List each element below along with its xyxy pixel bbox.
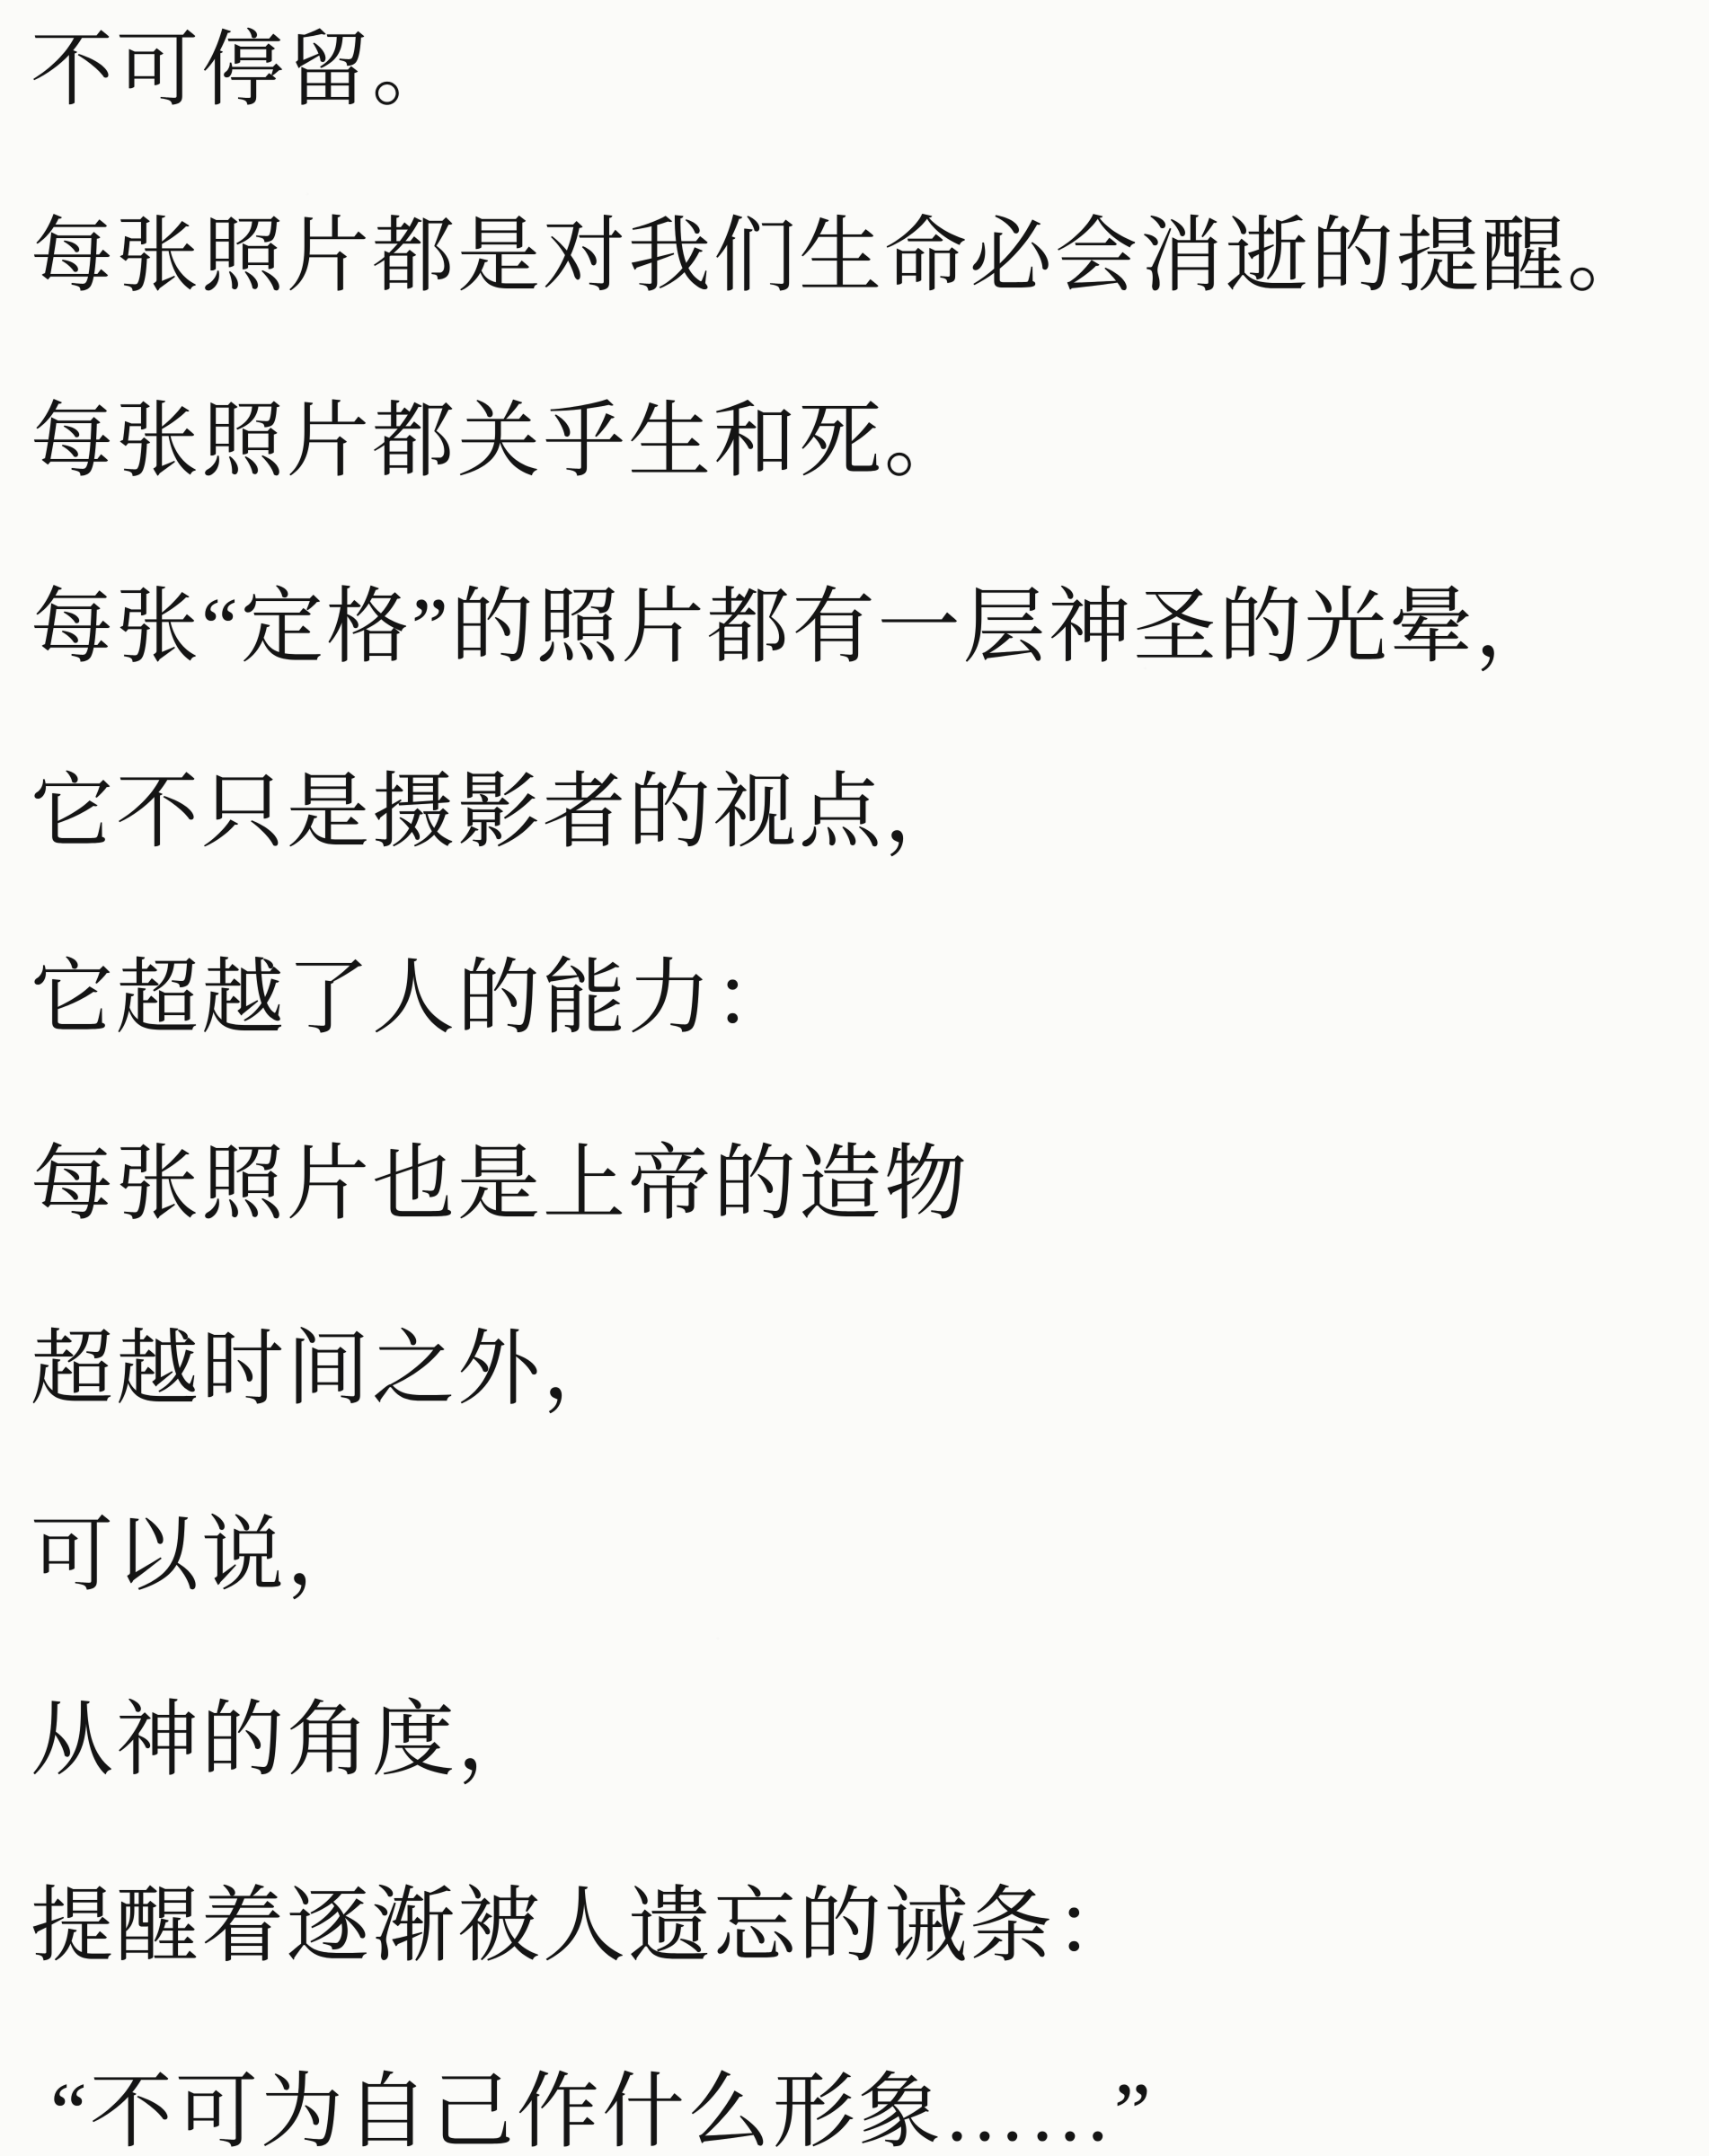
text-line: 不可停留。 bbox=[31, 27, 1700, 114]
text-line: 每张照片都关乎生和死。 bbox=[31, 398, 1700, 485]
text-line: 它超越了人的能力： bbox=[31, 955, 1700, 1042]
text-line-quote: “不可为自己作什么形象……” bbox=[31, 2069, 1700, 2156]
text-line: 提醒着逐渐被人遗忘的诫条： bbox=[31, 1883, 1700, 1970]
text-line: 可以说， bbox=[31, 1512, 1700, 1599]
text-line: 每张照片都是对我们生命必会消逝的提醒。 bbox=[31, 213, 1700, 300]
text-line: 每张照片也是上帝的造物 bbox=[31, 1141, 1700, 1228]
text-line: 从神的角度， bbox=[31, 1697, 1700, 1784]
document-page: 不可停留。 每张照片都是对我们生命必会消逝的提醒。 每张照片都关乎生和死。 每张… bbox=[0, 0, 1709, 2156]
text-line: 它不只是摄影者的视点， bbox=[31, 769, 1700, 856]
text-line: 超越时间之外， bbox=[31, 1326, 1700, 1413]
text-line: 每张“定格”的照片都有一层神圣的光晕， bbox=[31, 584, 1700, 671]
